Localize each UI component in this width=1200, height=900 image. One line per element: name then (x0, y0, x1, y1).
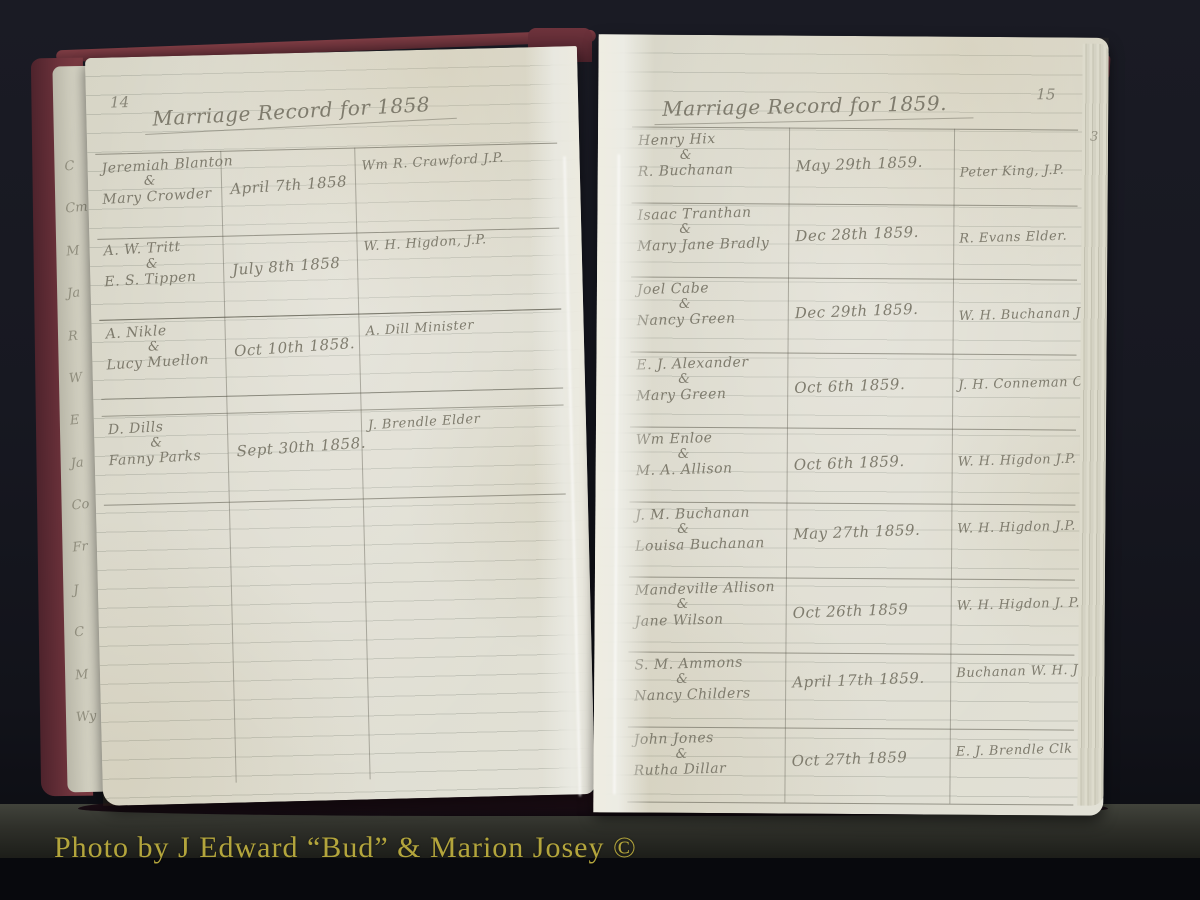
marriage-date: Oct 27th 1859 (791, 748, 907, 770)
marriage-entry: A. Nikle & Lucy Muellon Oct 10th 1858. A… (99, 309, 563, 400)
couple-names: A. W. Tritt & E. S. Tippen (103, 239, 196, 288)
couple-names: Wm Enloe & M. A. Allison (636, 430, 733, 478)
couple-names: A. Nikle & Lucy Muellon (105, 322, 209, 371)
marriage-entry: A. W. Tritt & E. S. Tippen July 8th 1858… (97, 227, 561, 321)
couple-names: D. Dills & Fanny Parks (108, 418, 202, 467)
couple-names: S. M. Ammons & Nancy Childers (634, 655, 751, 703)
marriage-date: April 17th 1859. (792, 669, 925, 692)
marriage-entry: Joel Cabe & Nancy Green Dec 29th 1859. W… (631, 276, 1078, 355)
photo-scene: CCmMJaRWEJaCoFrJCMWy 14 Marriage Record … (0, 0, 1200, 900)
officiant: W. H. Higdon J. P. (957, 595, 1081, 613)
left-page: 14 Marriage Record for 1858 Jeremiah Bla… (85, 46, 595, 806)
officiant: W. H. Higdon J.P. (957, 519, 1076, 537)
officiant: Buchanan W. H. J.P. (956, 662, 1093, 681)
marriage-entry: John Jones & Rutha Dillar Oct 27th 1859 … (627, 726, 1074, 805)
officiant: Wm R. Crawford J.P. (361, 150, 504, 173)
officiant: J. Brendle Elder (368, 412, 481, 434)
marriage-entry: Mandeville Allison & Jane Wilson Oct 26t… (628, 576, 1075, 655)
officiant: W. H. Higdon, J.P. (363, 232, 487, 254)
marriage-date: Oct 6th 1859. (793, 452, 905, 474)
couple-names: Isaac Tranthan & Mary Jane Bradly (637, 206, 769, 254)
officiant: Peter King, J.P. (960, 163, 1065, 181)
marriage-date: May 27th 1859. (793, 521, 921, 544)
marriage-date: July 8th 1858 (232, 254, 341, 279)
couple-names: John Jones & Rutha Dillar (634, 730, 727, 778)
officiant: W. H. Higdon J.P. (958, 452, 1077, 470)
right-page-number: 15 (1036, 85, 1055, 103)
officiant: E. J. Brendle Clk (956, 742, 1073, 760)
marriage-entry: J. M. Buchanan & Louisa Buchanan May 27t… (629, 501, 1076, 580)
marriage-date: Dec 28th 1859. (795, 223, 919, 246)
left-page-number: 14 (110, 93, 130, 111)
officiant: A. Dill Minister (365, 318, 474, 339)
couple-names: Henry Hix & R. Buchanan (638, 132, 734, 180)
marriage-entry: Jeremiah Blanton & Mary Crowder April 7t… (95, 143, 559, 240)
marriage-date: Sept 30th 1858. (236, 434, 366, 461)
watermark: Photo by J Edward “Bud” & Marion Josey © (54, 831, 637, 865)
officiant: J. H. Conneman Clk (958, 374, 1096, 393)
officiant: W. H. Buchanan J.P. (959, 305, 1096, 324)
marriage-entry: E. J. Alexander & Mary Green Oct 6th 185… (630, 351, 1077, 430)
right-page: 15 Marriage Record for 1859. 3 Henry Hix… (593, 34, 1108, 816)
couple-names: Mandeville Allison & Jane Wilson (635, 580, 776, 628)
marriage-date: Oct 26th 1859 (792, 600, 908, 622)
marriage-date: Dec 29th 1859. (795, 300, 919, 323)
marriage-date: Oct 6th 1859. (794, 375, 906, 397)
marriage-date: May 29th 1859. (796, 153, 924, 176)
marriage-entry: S. M. Ammons & Nancy Childers April 17th… (628, 651, 1075, 730)
left-page-title: Marriage Record for 1858 (144, 91, 457, 135)
couple-names: Jeremiah Blanton & Mary Crowder (101, 156, 234, 206)
marriage-entry: D. Dills & Fanny Parks Sept 30th 1858. J… (102, 405, 566, 506)
officiant: R. Evans Elder. (959, 229, 1067, 247)
page-edge-stack (1077, 44, 1108, 807)
page-edge-number: 3 (1090, 130, 1099, 145)
couple-names: J. M. Buchanan & Louisa Buchanan (635, 505, 765, 553)
couple-names: E. J. Alexander & Mary Green (636, 356, 748, 404)
tape-glare (563, 156, 581, 796)
tape-glare (613, 154, 619, 794)
marriage-entry: Isaac Tranthan & Mary Jane Bradly Dec 28… (631, 201, 1078, 280)
marriage-date: April 7th 1858 (230, 172, 348, 198)
marriage-entry: Henry Hix & R. Buchanan May 29th 1859. P… (632, 126, 1079, 206)
right-page-title: Marriage Record for 1859. (654, 90, 973, 125)
marriage-date: Oct 10th 1858. (234, 334, 356, 360)
couple-names: Joel Cabe & Nancy Green (637, 281, 736, 329)
marriage-entry: Wm Enloe & M. A. Allison Oct 6th 1859. W… (629, 426, 1076, 505)
